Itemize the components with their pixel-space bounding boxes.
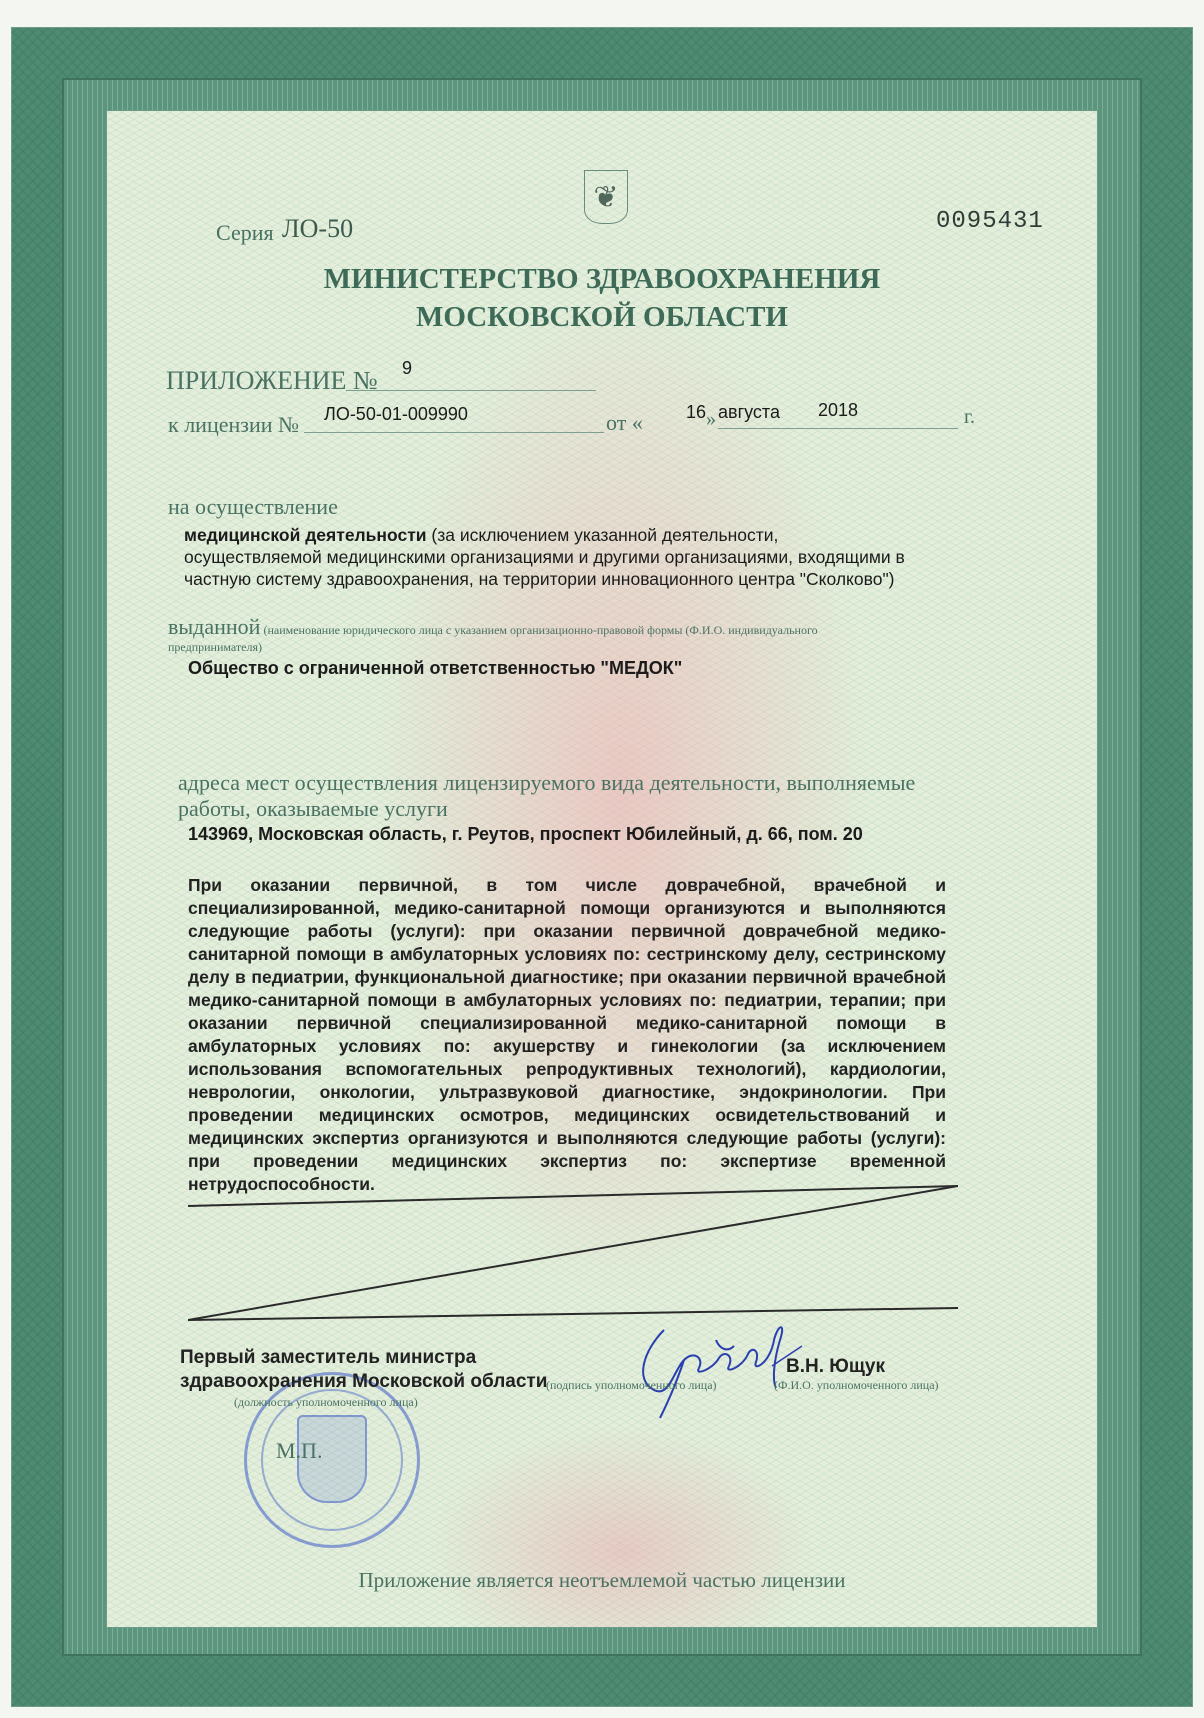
seal-place-label: М.П.	[276, 1438, 322, 1464]
ministry-title: МИНИСТЕРСТВО ЗДРАВООХРАНЕНИЯ МОСКОВСКОЙ …	[106, 260, 1098, 336]
appendix-number-line	[346, 390, 596, 391]
license-year: 2018	[818, 400, 858, 421]
works-services-text: При оказании первичной, в том числе довр…	[188, 874, 946, 1196]
issued-label: выданной	[168, 614, 260, 639]
year-suffix: г.	[964, 406, 975, 429]
ministry-title-line2: МОСКОВСКОЙ ОБЛАСТИ	[106, 298, 1098, 336]
signature-hint: (подпись уполномоченного лица)	[546, 1378, 717, 1393]
license-day: 16	[686, 402, 706, 423]
position-hint: (должность уполномоченного лица)	[234, 1395, 418, 1410]
license-number-line	[304, 432, 604, 433]
appendix-label: ПРИЛОЖЕНИЕ №	[166, 366, 378, 396]
address-label: адреса мест осуществления лицензируемого…	[178, 770, 958, 822]
name-hint: (Ф.И.О. уполномоченного лица)	[774, 1378, 939, 1393]
issued-to-label: выданной (наименование юридического лица…	[168, 614, 818, 640]
series-label: Серия	[216, 220, 274, 246]
ministry-title-line1: МИНИСТЕРСТВО ЗДРАВООХРАНЕНИЯ	[106, 260, 1098, 298]
date-quote-close: »	[706, 408, 716, 431]
activity-line3: частную систему здравоохранения, на терр…	[184, 568, 954, 590]
document-number: 0095431	[936, 208, 1044, 235]
issued-hint-line2: предпринимателя)	[168, 640, 262, 655]
signatory-position-line2: здравоохранения Московской области	[180, 1370, 547, 1394]
activity-line2: осуществляемой медицинскими организациям…	[184, 546, 954, 568]
date-line	[718, 428, 958, 429]
z-strikeout-lines	[188, 1184, 958, 1334]
license-label: к лицензии №	[168, 412, 299, 438]
handwritten-signature	[624, 1310, 804, 1420]
signatory-name: В.Н. Ющук	[786, 1356, 885, 1378]
address-value: 143969, Московская область, г. Реутов, п…	[188, 824, 863, 845]
activity-line1: (за исключением указанной деятельности,	[427, 525, 779, 545]
footer-note: Приложение является неотъемлемой частью …	[106, 1568, 1098, 1593]
activity-description: медицинской деятельности (за исключением…	[184, 524, 954, 590]
series-value: ЛО-50	[282, 214, 353, 244]
organization-name: Общество с ограниченной ответственностью…	[188, 658, 682, 679]
license-month: августа	[718, 402, 780, 423]
license-number: ЛО-50-01-009990	[324, 404, 468, 425]
date-from-label: от «	[606, 410, 643, 436]
license-appendix-sheet: ❦ Серия ЛО-50 0095431 МИНИСТЕРСТВО ЗДРАВ…	[12, 28, 1192, 1706]
coat-of-arms-icon: ❦	[584, 170, 628, 224]
signatory-position: Первый заместитель министра здравоохране…	[180, 1346, 547, 1394]
activity-label: на осуществление	[168, 494, 338, 520]
appendix-number: 9	[402, 358, 412, 379]
signatory-position-line1: Первый заместитель министра	[180, 1346, 547, 1370]
issued-hint: (наименование юридического лица с указан…	[260, 623, 817, 637]
activity-type: медицинской деятельности	[184, 525, 427, 545]
document-page: ❦ Серия ЛО-50 0095431 МИНИСТЕРСТВО ЗДРАВ…	[106, 110, 1098, 1628]
